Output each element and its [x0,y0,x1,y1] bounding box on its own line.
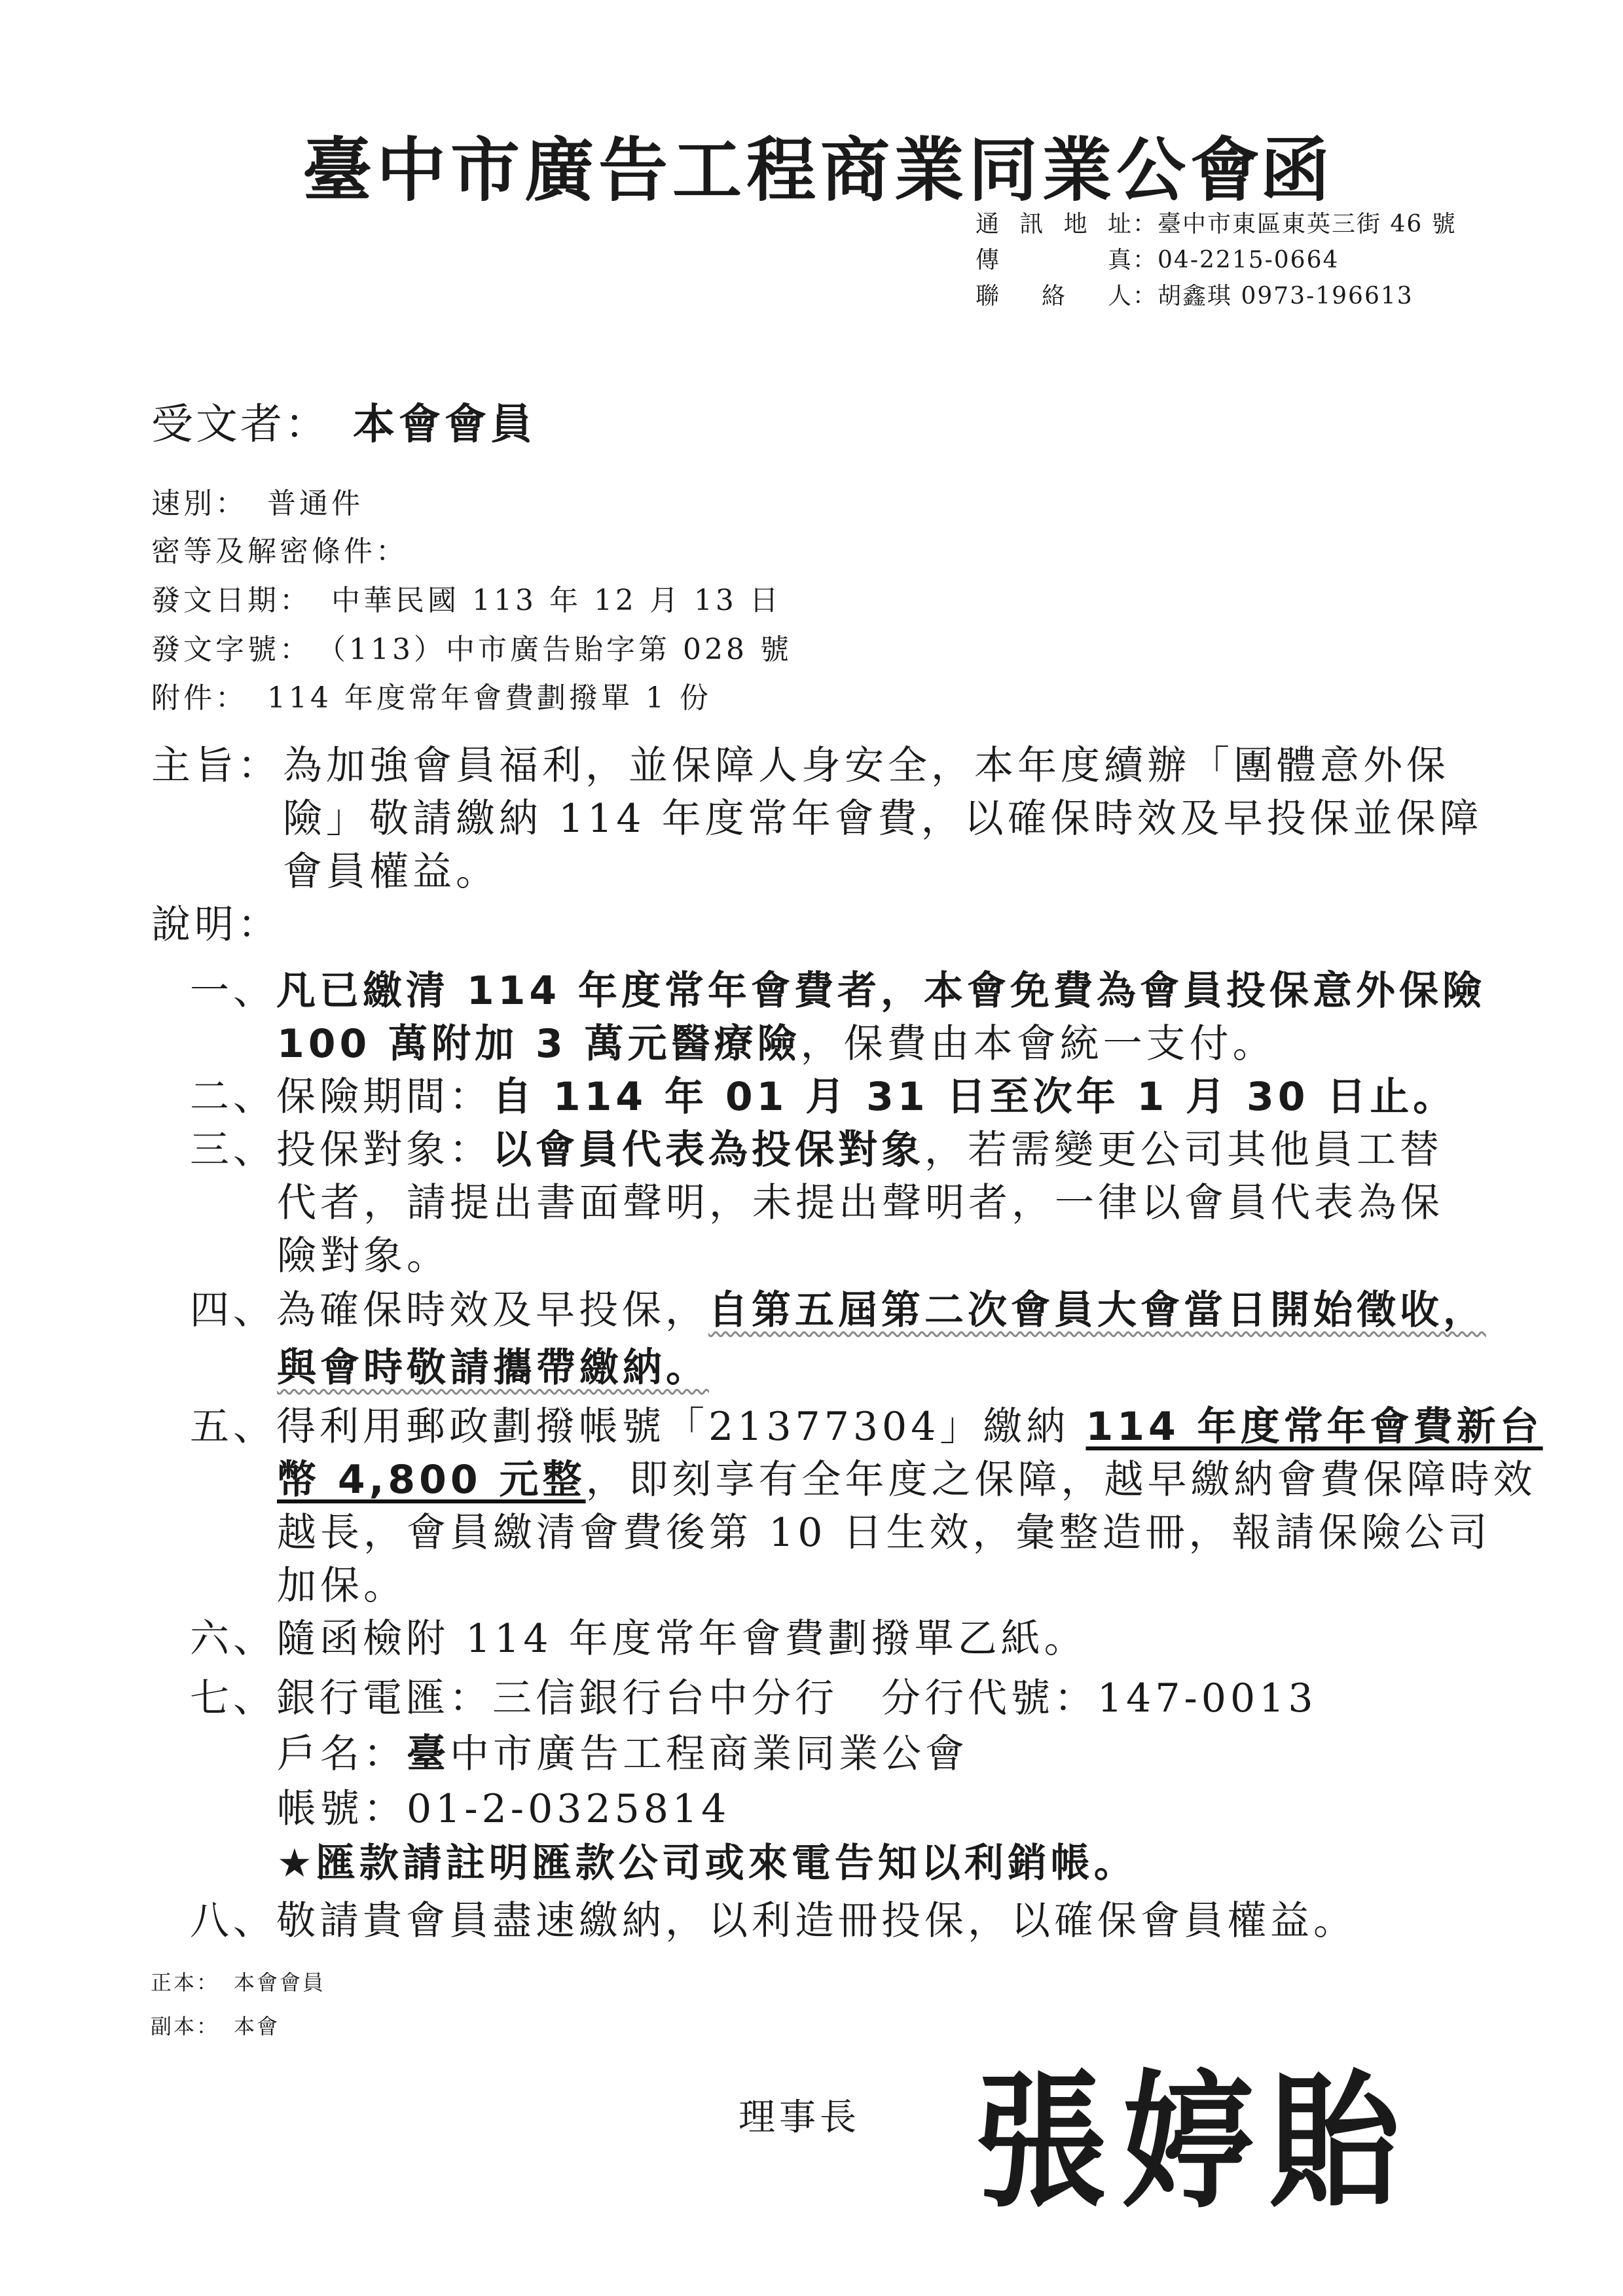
item-marker: 三、 [190,1127,276,1173]
item-1-text: ，保費由本會統一支付。 [801,1021,1276,1067]
item-6-text: 隨函檢附 114 年度常年會費劃撥單乙紙。 [276,1616,1087,1662]
item-marker: 八、 [190,1898,276,1944]
account-name-label: 戶名： [277,1731,407,1777]
subject-line: 為加強會員福利，並保障人身安全，本年度續辦「團體意外保 [283,740,1450,793]
meta-speed-value: 普通件 [267,487,363,520]
meta-attachment-label: 附件： [151,681,247,715]
item-5-line-2: 幣 4,800 元整，即刻享有全年度之保障，越早繳納會費保障時效 [277,1454,1537,1507]
explanation-label: 說明： [151,899,281,952]
star-icon: ★ [277,1840,316,1886]
contact-fax-value: 04-2215-0664 [1158,247,1339,274]
item-1-emphasis: 凡已繳清 114 年度常年會費者，本會免費為會員投保意外保險 [276,968,1486,1014]
item-7-notice-text: 匯款請註明匯款公司或來電告知以利銷帳。 [316,1840,1137,1886]
distribution-copy: 副本：本會 [151,2011,280,2042]
item-5-fee: 114 年度常年會費新台 [1085,1404,1542,1450]
item-marker: 一、 [190,968,276,1014]
item-7-line-1: 七、銀行電匯：三信銀行台中分行 分行代號：147-0013 [190,1672,1317,1725]
subject-line: 險」敬請繳納 114 年度常年會費，以確保時效及早投保並保障 [283,793,1483,846]
organization-title: 臺中市廣告工程商業同業公會 [302,128,1264,213]
item-2-line-1: 二、保險期間：自 114 年 01 月 31 日至次年 1 月 30 日止。 [190,1071,1456,1124]
item-3-line-3: 險對象。 [277,1230,450,1283]
item-5-line-4: 加保。 [277,1560,407,1613]
meta-attachment: 附件：114 年度常年會費劃撥單 1 份 [151,679,712,718]
item-5-line-3: 越長，會員繳清會費後第 10 日生效，彙整造冊，報請保險公司 [277,1507,1491,1560]
item-2-label: 保險期間： [276,1074,492,1120]
meta-doc-number-value: （113）中市廣告貽字第 028 號 [331,633,792,666]
item-marker: 四、 [190,1287,276,1333]
item-5-text: ，即刻享有全年度之保障，越早繳納會費保障時效 [586,1457,1537,1503]
meta-classification-label: 密等及解密條件： [151,535,408,568]
item-7-account-name: 戶名：臺中市廣告工程商業同業公會 [277,1728,968,1781]
item-4-line-2: 與會時敬請攜帶繳納。 [277,1342,709,1395]
copy-value: 本會 [234,2014,280,2039]
meta-date-value: 中華民國 113 年 12 月 13 日 [331,584,782,617]
item-1-coverage: 100 萬附加 3 萬元醫療險 [277,1021,801,1067]
contact-fax-label: 傳真 [976,244,1133,277]
meta-date-label: 發文日期： [151,584,312,617]
item-4-text: 為確保時效及早投保， [276,1287,708,1333]
item-marker: 七、 [190,1676,276,1721]
chairperson-title: 理事長 [739,2092,860,2144]
item-7-notice: ★匯款請註明匯款公司或來電告知以利銷帳。 [277,1837,1137,1890]
contact-address: 通訊地址：臺中市東區東英三街 46 號 [976,208,1457,241]
meta-attachment-value: 114 年度常年會費劃撥單 1 份 [267,681,712,715]
item-marker: 二、 [190,1074,276,1120]
subject-line: 會員權益。 [283,846,499,899]
recipient-label: 受文者： [151,401,329,449]
meta-doc-number: 發文字號：（113）中市廣告貽字第 028 號 [151,630,792,670]
chairperson-signature: 張婷貽 [976,2055,1415,2231]
original-value: 本會會員 [234,1970,325,1995]
colon: ： [1133,283,1158,310]
item-4-line-1: 四、為確保時效及早投保，自第五屆第二次會員大會當日開始徵收， [190,1284,1486,1337]
meta-date: 發文日期：中華民國 113 年 12 月 13 日 [151,581,782,620]
item-marker: 五、 [190,1404,276,1450]
distribution-original: 正本：本會會員 [151,1967,325,1998]
contact-address-label: 通訊地址 [976,208,1133,241]
contact-person-label: 聯絡人 [976,280,1133,313]
item-3-line-1: 三、投保對象：以會員代表為投保對象，若需變更公司其他員工替 [190,1124,1443,1177]
account-name-rest: 中市廣告工程商業同業公會 [450,1731,968,1777]
colon: ： [1133,247,1158,274]
item-8-line-1: 八、敬請貴會員盡速繳納，以利造冊投保，以確保會員權益。 [190,1895,1357,1948]
meta-classification: 密等及解密條件： [151,532,428,571]
item-5-line-1: 五、得利用郵政劃撥帳號「21377304」繳納 114 年度常年會費新台 [190,1401,1543,1454]
item-3-label: 投保對象： [276,1127,492,1173]
contact-person: 聯絡人：胡鑫琪 0973-196613 [976,280,1413,313]
item-3-line-2: 代者，請提出書面聲明，未提出聲明者，一律以會員代表為保 [277,1177,1444,1230]
item-3-text: ，若需變更公司其他員工替 [924,1127,1443,1173]
contact-address-value: 臺中市東區東英三街 46 號 [1158,211,1457,238]
meta-doc-number-label: 發文字號： [151,633,312,666]
item-7-bank: 銀行電匯：三信銀行台中分行 分行代號：147-0013 [276,1676,1317,1721]
meta-speed-label: 速別： [151,487,247,520]
meta-speed: 速別：普通件 [151,484,363,524]
original-label: 正本： [151,1970,219,1995]
colon: ： [1133,211,1158,238]
item-6-line-1: 六、隨函檢附 114 年度常年會費劃撥單乙紙。 [190,1613,1087,1666]
item-1-line-1: 一、凡已繳清 114 年度常年會費者，本會免費為會員投保意外保險 [190,965,1486,1018]
item-4-emphasis: 與會時敬請攜帶繳納。 [277,1345,709,1391]
copy-label: 副本： [151,2014,219,2039]
item-5-text: 得利用郵政劃撥帳號「21377304」繳納 [276,1404,1085,1450]
item-marker: 六、 [190,1616,276,1662]
item-2-period: 自 114 年 01 月 31 日至次年 1 月 30 日止。 [492,1074,1456,1120]
subject-label: 主旨： [151,740,281,793]
item-7-account-number: 帳號：01-2-0325814 [277,1783,730,1836]
item-4-emphasis: 自第五屆第二次會員大會當日開始徵收， [708,1287,1486,1333]
document-type: 函 [1260,128,1330,213]
item-1-line-2: 100 萬附加 3 萬元醫療險，保費由本會統一支付。 [277,1018,1276,1071]
contact-fax: 傳真：04-2215-0664 [976,244,1339,277]
recipient-value: 本會會員 [353,401,536,449]
contact-person-value: 胡鑫琪 0973-196613 [1158,283,1413,310]
item-5-fee-amount: 幣 4,800 元整 [277,1457,586,1503]
recipient: 受文者：本會會員 [151,395,536,454]
account-name-first-char: 臺 [407,1731,450,1777]
item-3-emphasis: 以會員代表為投保對象 [492,1127,924,1173]
item-8-text: 敬請貴會員盡速繳納，以利造冊投保，以確保會員權益。 [276,1898,1357,1944]
